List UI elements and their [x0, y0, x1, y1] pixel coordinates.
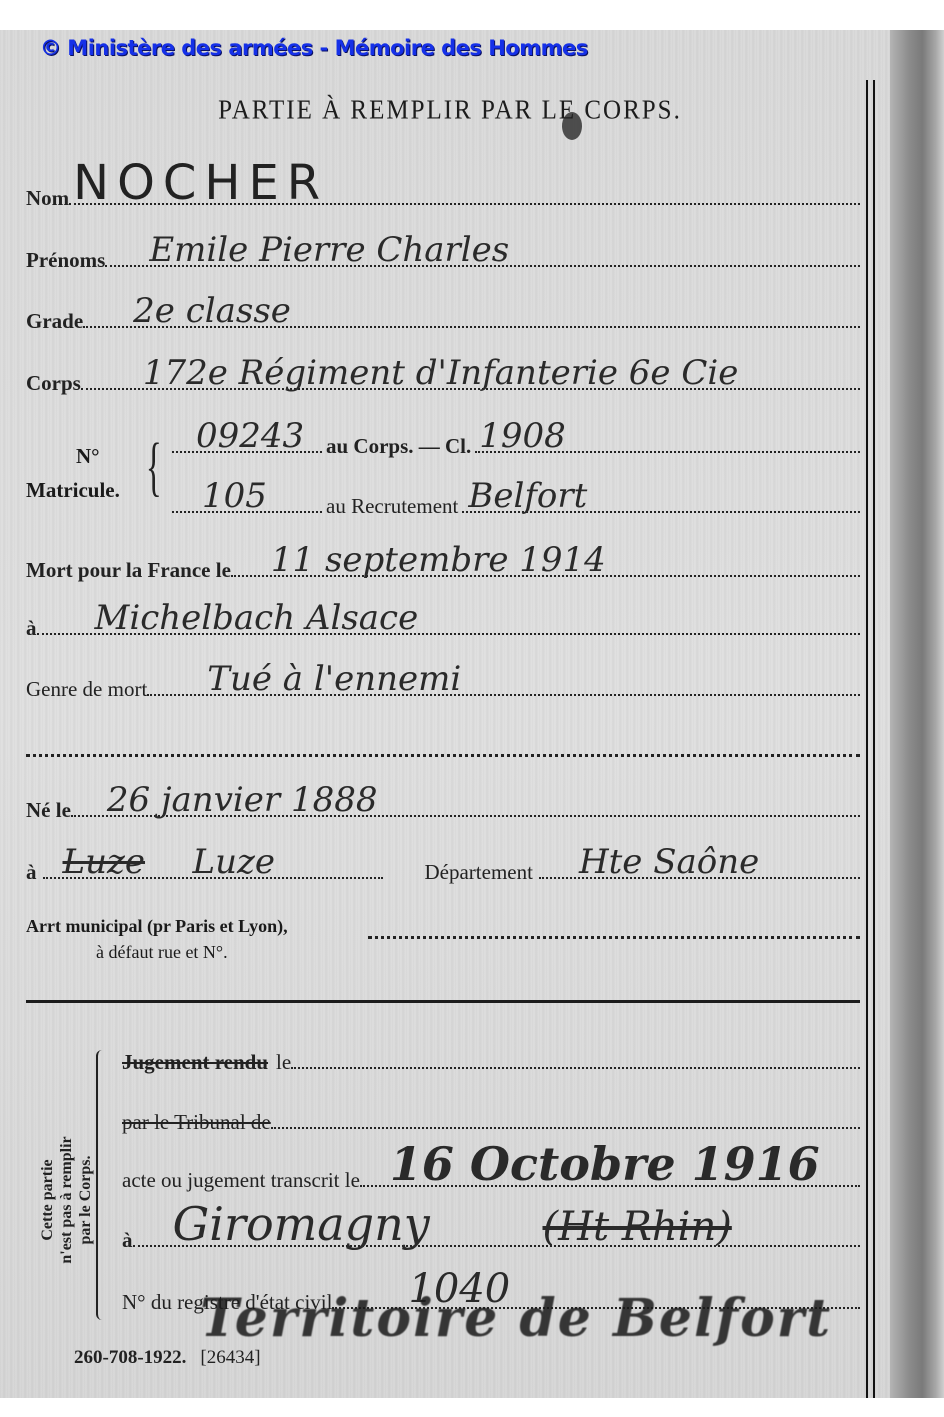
- handwritten-overwrite: Territoire de Belfort: [200, 1288, 832, 1349]
- field-value-struck: Luze: [63, 845, 146, 879]
- field-matricule-corps: 09243 au Corps. — Cl. 1908: [172, 436, 860, 457]
- field-value-ne-lieu: Luze: [193, 845, 276, 879]
- field-label-struck: par le Tribunal de: [122, 1112, 271, 1133]
- arrondissement-label: à défaut rue et N°.: [96, 942, 228, 963]
- field-value-mort-date: 11 septembre 1914: [271, 543, 606, 577]
- field-genre-mort: Genre de mort Tué à l'ennemi: [26, 679, 860, 700]
- separator-line: [26, 754, 860, 757]
- matricule-label-no: N°: [76, 444, 100, 469]
- field-label: au Recrutement: [326, 496, 458, 517]
- field-value-mort-lieu: Michelbach Alsace: [95, 601, 419, 635]
- field-tribunal: par le Tribunal de: [122, 1112, 860, 1133]
- field-label-struck: Jugement rendu: [122, 1052, 268, 1073]
- field-prenoms: Prénoms Emile Pierre Charles: [26, 250, 860, 271]
- brace: {: [146, 434, 162, 500]
- field-value-departement: Hte Saône: [579, 845, 759, 879]
- matricule-label: Matricule.: [26, 478, 120, 503]
- page-edge-shadow: [890, 30, 944, 1398]
- section-divider: [26, 1000, 860, 1003]
- margin-rule: [866, 80, 868, 1398]
- field-label: à: [26, 862, 37, 883]
- field-value-matricule-recrutement: 105: [202, 479, 267, 513]
- field-label: le: [276, 1052, 291, 1073]
- field-lieu-transcription: à Giromagny (Ht Rhin): [122, 1230, 860, 1251]
- field-value-genre-mort: Tué à l'ennemi: [207, 662, 461, 696]
- form-heading: PARTIE À REMPLIR PAR LE CORPS.: [0, 96, 900, 127]
- field-value-ne-le: 26 janvier 1888: [107, 783, 378, 817]
- margin-rule: [873, 80, 875, 1398]
- field-value-matricule-corps: 09243: [196, 419, 304, 453]
- field-value-transcrit: 16 Octobre 1916: [390, 1141, 820, 1187]
- field-ne-le: Né le 26 janvier 1888: [26, 800, 860, 821]
- field-value-prenoms: Emile Pierre Charles: [149, 233, 509, 267]
- field-label: Nom: [26, 188, 69, 209]
- field-value-arrondissement: [368, 936, 860, 939]
- field-value-corps: 172e Régiment d'Infanterie 6e Cie: [143, 356, 739, 390]
- field-corps: Corps 172e Régiment d'Infanterie 6e Cie: [26, 373, 860, 394]
- field-label: Né le: [26, 800, 71, 821]
- footer-ref: [26434]: [200, 1347, 260, 1368]
- field-ne-lieu: à Luze Luze Département Hte Saône: [26, 862, 860, 883]
- field-label: acte ou jugement transcrit le: [122, 1170, 360, 1191]
- brace: [96, 1050, 106, 1320]
- arrondissement-label: Arrt municipal (pr Paris et Lyon),: [26, 916, 288, 937]
- copyright-watermark: © Ministère des armées - Mémoire des Hom…: [40, 36, 588, 60]
- field-label: à: [122, 1230, 133, 1251]
- field-mort-date: Mort pour la France le 11 septembre 1914: [26, 560, 860, 581]
- field-value-grade: 2e classe: [133, 294, 291, 328]
- ink-blot: [562, 112, 582, 140]
- field-nom: Nom NOCHER: [26, 188, 860, 209]
- field-label: Mort pour la France le: [26, 560, 231, 581]
- field-label: au Corps. — Cl.: [326, 436, 471, 457]
- field-value-struck: (Ht Rhin): [543, 1207, 732, 1247]
- field-value-recrutement-place: Belfort: [468, 479, 587, 513]
- field-value-lieu-transcription: Giromagny: [173, 1201, 430, 1247]
- field-mort-lieu: à Michelbach Alsace: [26, 618, 860, 639]
- field-value-classe: 1908: [479, 419, 566, 453]
- field-transcrit: acte ou jugement transcrit le 16 Octobre…: [122, 1170, 860, 1191]
- field-grade: Grade 2e classe: [26, 311, 860, 332]
- field-label: Prénoms: [26, 250, 105, 271]
- field-label: Genre de mort: [26, 679, 147, 700]
- field-value-nom: NOCHER: [73, 159, 328, 207]
- field-label: Corps: [26, 373, 81, 394]
- footer-code: 260-708-1922.[26434]: [74, 1347, 261, 1369]
- field-label: à: [26, 618, 37, 639]
- field-label: Département: [425, 862, 533, 883]
- field-label: Grade: [26, 311, 83, 332]
- field-matricule-recrutement: 105 au Recrutement Belfort: [172, 496, 860, 517]
- field-jugement-rendu: Jugement rendu le: [122, 1052, 860, 1073]
